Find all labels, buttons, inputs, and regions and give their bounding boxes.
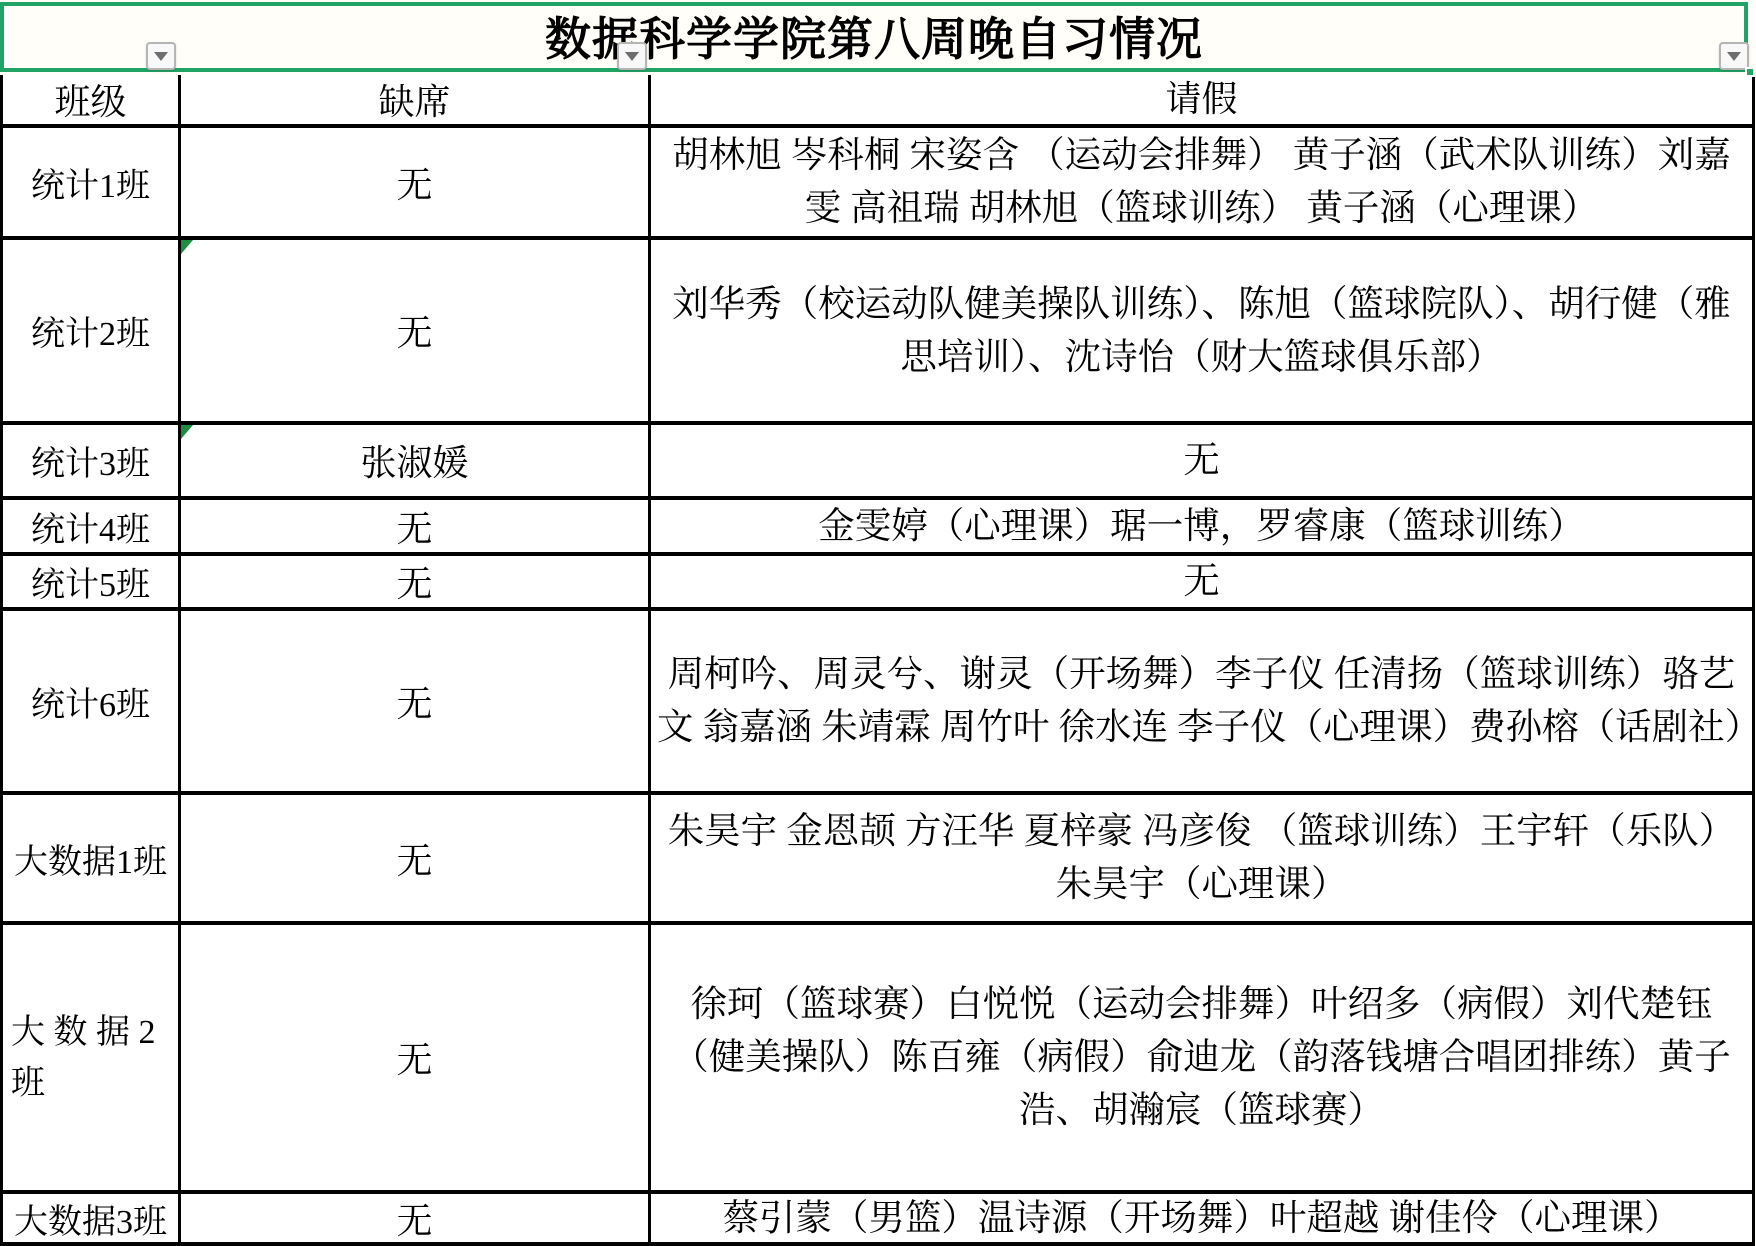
leave-value: 徐珂（篮球赛）白悦悦（运动会排舞）叶绍多（病假）刘代楚钰（健美操队）陈百雍（病假…: [657, 978, 1746, 1137]
comment-indicator: [181, 425, 193, 439]
absent-cell[interactable]: 无: [181, 1194, 651, 1246]
class-label: 统计3班: [3, 436, 178, 485]
leave-cell[interactable]: 朱昊宇 金恩颉 方汪华 夏梓豪 冯彦俊 （篮球训练）王宇轩（乐队）朱昊宇（心理课…: [651, 795, 1755, 925]
comment-indicator: [181, 240, 193, 254]
filter-dropdown-absent-column[interactable]: [617, 42, 647, 70]
absent-value: 无: [181, 1032, 648, 1083]
table-body: 统计1班 无 胡林旭 岑科桐 宋姿含 （运动会排舞） 黄子涵（武术队训练）刘嘉雯…: [0, 128, 1755, 1246]
leave-value: 蔡引蒙（男篮）温诗源（开场舞）叶超越 谢佳伶（心理课）: [657, 1194, 1746, 1244]
class-cell[interactable]: 大数据1班: [0, 795, 181, 925]
absent-value: 无: [181, 556, 648, 607]
class-cell[interactable]: 统计3班: [0, 425, 181, 500]
selected-merged-cell[interactable]: 数据科学学院第八周晚自习情况: [0, 2, 1748, 72]
class-cell[interactable]: 大数据3班: [0, 1194, 181, 1246]
class-label: 统计2班: [3, 306, 178, 355]
absent-value: 无: [181, 833, 648, 884]
table-row: 统计5班 无 无: [0, 556, 1755, 611]
class-label: 统计5班: [3, 557, 178, 606]
attendance-table: 班级 缺席 请假 统计1班 无 胡林旭 岑科桐 宋姿含 （运动会排舞） 黄子涵（…: [0, 75, 1755, 1246]
chevron-down-icon: [1727, 52, 1741, 61]
absent-cell[interactable]: 无: [181, 795, 651, 925]
absent-cell[interactable]: 无: [181, 925, 651, 1194]
leave-value: 无: [657, 434, 1746, 487]
class-label: 统计4班: [3, 502, 178, 551]
header-class[interactable]: 班级: [0, 75, 181, 128]
table-row: 统计6班 无 周柯吟、周灵兮、谢灵（开场舞）李子仪 任清扬（篮球训练）骆艺文 翁…: [0, 611, 1755, 795]
absent-value: 无: [181, 501, 648, 552]
leave-value: 刘华秀（校运动队健美操队训练）、陈旭（篮球院队）、胡行健（雅思培训）、沈诗怡（财…: [657, 278, 1746, 384]
table-row: 统计3班 张淑媛 无: [0, 425, 1755, 500]
absent-cell[interactable]: 张淑媛: [181, 425, 651, 500]
leave-cell[interactable]: 周柯吟、周灵兮、谢灵（开场舞）李子仪 任清扬（篮球训练）骆艺文 翁嘉涵 朱靖霖 …: [651, 611, 1755, 795]
absent-value: 张淑媛: [181, 435, 648, 486]
absent-value: 无: [181, 676, 648, 727]
leave-cell[interactable]: 徐珂（篮球赛）白悦悦（运动会排舞）叶绍多（病假）刘代楚钰（健美操队）陈百雍（病假…: [651, 925, 1755, 1194]
table-row: 大 数 据 2 班 无 徐珂（篮球赛）白悦悦（运动会排舞）叶绍多（病假）刘代楚钰…: [0, 925, 1755, 1194]
leave-cell[interactable]: 胡林旭 岑科桐 宋姿含 （运动会排舞） 黄子涵（武术队训练）刘嘉雯 高祖瑞 胡林…: [651, 128, 1755, 240]
selection-fill-handle[interactable]: [1745, 67, 1755, 77]
absent-cell[interactable]: 无: [181, 611, 651, 795]
leave-value: 胡林旭 岑科桐 宋姿含 （运动会排舞） 黄子涵（武术队训练）刘嘉雯 高祖瑞 胡林…: [657, 129, 1746, 235]
leave-cell[interactable]: 蔡引蒙（男篮）温诗源（开场舞）叶超越 谢佳伶（心理课）: [651, 1194, 1755, 1246]
absent-cell[interactable]: 无: [181, 240, 651, 425]
class-cell[interactable]: 大 数 据 2 班: [0, 925, 181, 1194]
class-label: 大数据1班: [3, 834, 178, 883]
title-row: 数据科学学院第八周晚自习情况: [0, 0, 1756, 75]
class-label: 大 数 据 2 班: [3, 1007, 178, 1109]
class-cell[interactable]: 统计1班: [0, 128, 181, 240]
spreadsheet-view: 数据科学学院第八周晚自习情况 班级 缺席 请假 统计1班 无 胡林旭 岑科桐 宋…: [0, 0, 1756, 1246]
class-cell[interactable]: 统计4班: [0, 500, 181, 556]
table-row: 统计2班 无 刘华秀（校运动队健美操队训练）、陈旭（篮球院队）、胡行健（雅思培训…: [0, 240, 1755, 425]
class-label: 统计1班: [3, 158, 178, 207]
leave-cell[interactable]: 金雯婷（心理课）琚一博，罗睿康（篮球训练）: [651, 500, 1755, 556]
leave-value: 周柯吟、周灵兮、谢灵（开场舞）李子仪 任清扬（篮球训练）骆艺文 翁嘉涵 朱靖霖 …: [657, 648, 1746, 754]
table-row: 大数据1班 无 朱昊宇 金恩颉 方汪华 夏梓豪 冯彦俊 （篮球训练）王宇轩（乐队…: [0, 795, 1755, 925]
leave-value: 无: [657, 556, 1746, 608]
table-row: 统计4班 无 金雯婷（心理课）琚一博，罗睿康（篮球训练）: [0, 500, 1755, 556]
absent-cell[interactable]: 无: [181, 128, 651, 240]
absent-cell[interactable]: 无: [181, 556, 651, 611]
table-row: 大数据3班 无 蔡引蒙（男篮）温诗源（开场舞）叶超越 谢佳伶（心理课）: [0, 1194, 1755, 1246]
class-label: 统计6班: [3, 677, 178, 726]
absent-value: 无: [181, 305, 648, 356]
absent-cell[interactable]: 无: [181, 500, 651, 556]
class-cell[interactable]: 统计5班: [0, 556, 181, 611]
chevron-down-icon: [154, 52, 168, 61]
table-row: 统计1班 无 胡林旭 岑科桐 宋姿含 （运动会排舞） 黄子涵（武术队训练）刘嘉雯…: [0, 128, 1755, 240]
leave-value: 金雯婷（心理课）琚一博，罗睿康（篮球训练）: [657, 500, 1746, 552]
header-row: 班级 缺席 请假: [0, 75, 1755, 128]
filter-dropdown-leave-column[interactable]: [1719, 42, 1749, 70]
class-cell[interactable]: 统计2班: [0, 240, 181, 425]
leave-value: 朱昊宇 金恩颉 方汪华 夏梓豪 冯彦俊 （篮球训练）王宇轩（乐队）朱昊宇（心理课…: [657, 805, 1746, 911]
class-cell[interactable]: 统计6班: [0, 611, 181, 795]
leave-cell[interactable]: 刘华秀（校运动队健美操队训练）、陈旭（篮球院队）、胡行健（雅思培训）、沈诗怡（财…: [651, 240, 1755, 425]
leave-cell[interactable]: 无: [651, 556, 1755, 611]
header-absent[interactable]: 缺席: [181, 75, 651, 128]
chevron-down-icon: [625, 52, 639, 61]
absent-value: 无: [181, 1194, 648, 1244]
absent-value: 无: [181, 157, 648, 208]
header-leave[interactable]: 请假: [651, 75, 1755, 128]
class-label: 大数据3班: [3, 1194, 178, 1243]
leave-cell[interactable]: 无: [651, 425, 1755, 500]
filter-dropdown-class-column[interactable]: [146, 42, 176, 70]
